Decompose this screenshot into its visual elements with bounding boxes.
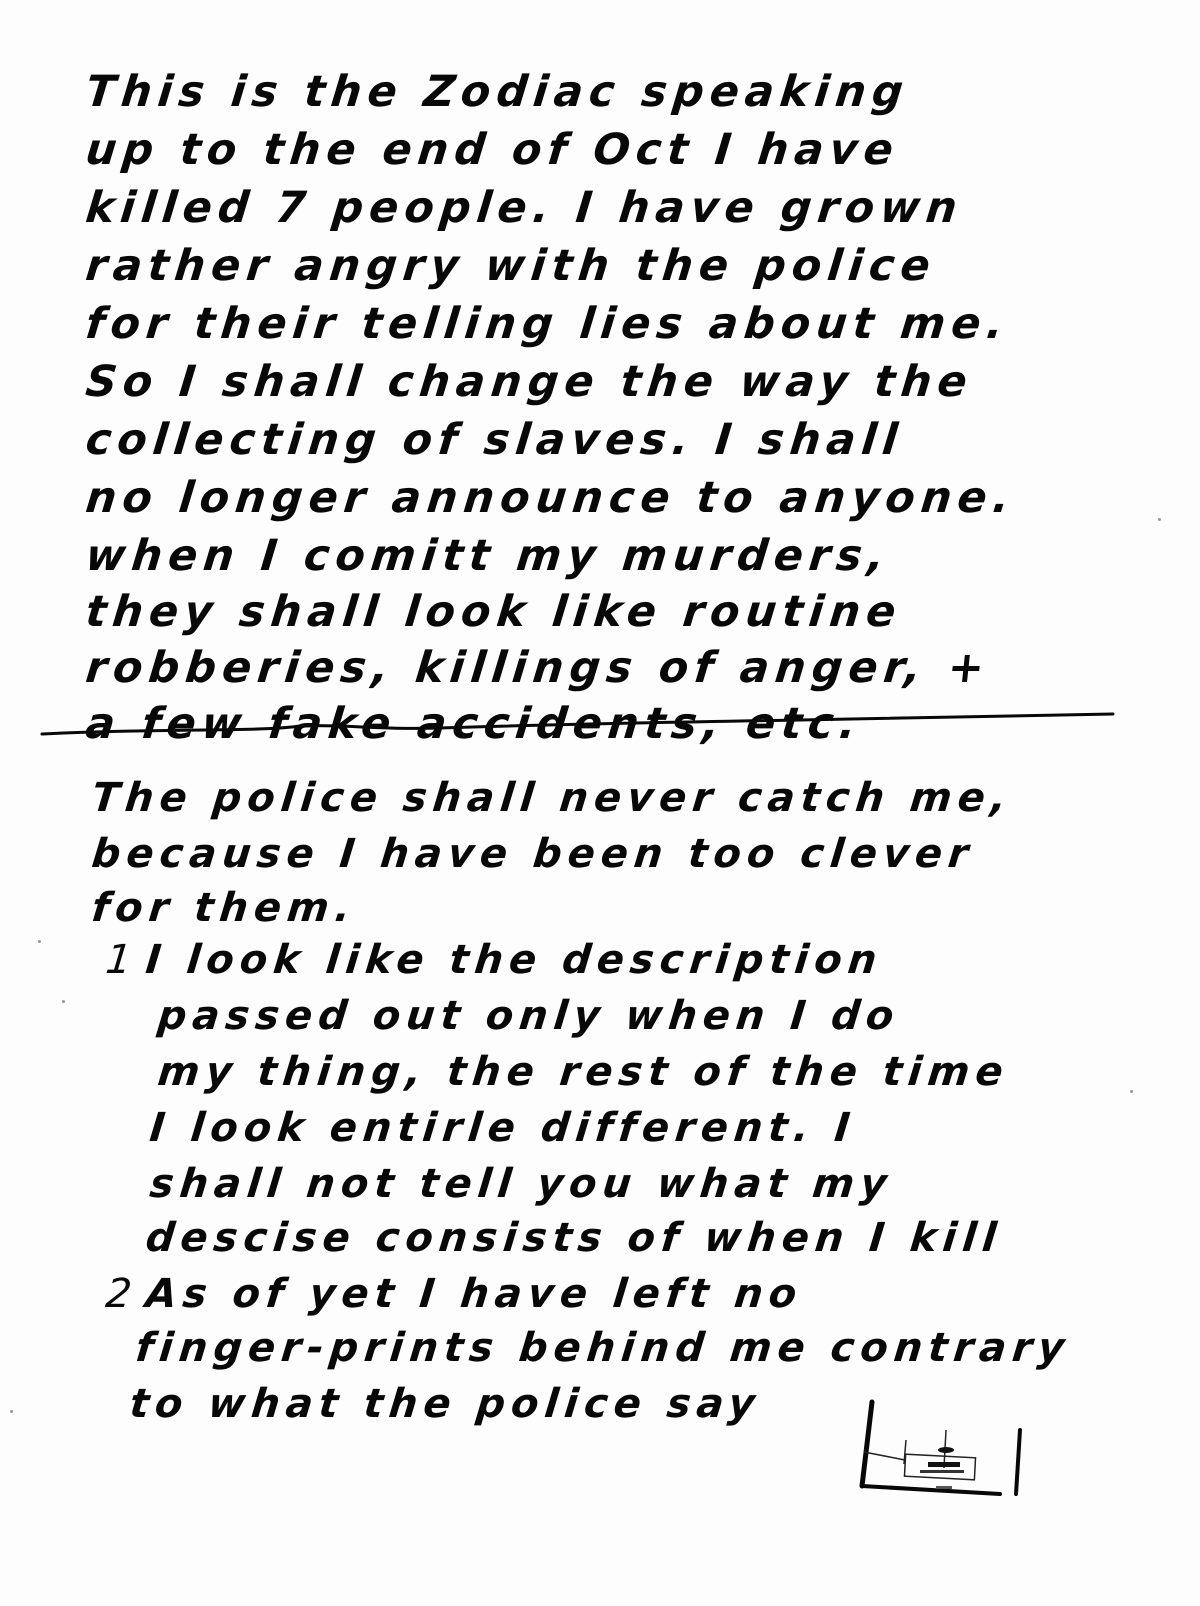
text-line: they shall look like routine (83, 582, 905, 642)
text-line: So I shall change the way the (83, 352, 976, 412)
text-line: I look entirle different. I (147, 1100, 859, 1156)
text-line: killed 7 people. I have grown (83, 178, 966, 238)
text-line: robberies, killings of anger, + (83, 638, 993, 698)
list-item-1: 1I look like the description (103, 932, 885, 988)
text-line: collecting of slaves. I shall (83, 410, 906, 470)
paper-speck (1130, 1090, 1133, 1093)
text-line: for them. (89, 880, 359, 936)
paper-speck (62, 1000, 65, 1003)
divider-line (40, 712, 1115, 738)
text-line: my thing, the rest of the time (155, 1044, 1012, 1100)
text-line: The police shall never catch me, (89, 770, 1015, 826)
text-line: because I have been too clever (89, 826, 977, 882)
paper-speck (38, 940, 41, 943)
paper-speck (1158, 518, 1161, 521)
text-line: I look like the description (144, 937, 885, 983)
text-line: to what the police say (127, 1376, 763, 1432)
list-number: 1 (103, 932, 149, 988)
text-line: no longer announce to anyone. (83, 468, 1018, 528)
text-line: rather angry with the police (83, 236, 939, 296)
text-line: shall not tell you what my (147, 1156, 895, 1212)
text-line: up to the end of Oct I have (83, 120, 902, 180)
crosshair-stamp-icon (850, 1390, 1030, 1500)
text-line: when I comitt my murders, (83, 526, 894, 586)
text-line: for their telling lies about me. (83, 294, 1012, 354)
list-item-2: 2As of yet I have left no (103, 1266, 805, 1322)
paper-speck (10, 1410, 13, 1413)
text-line: descise consists of when I kill (143, 1210, 1005, 1266)
letter-page: This is the Zodiac speaking up to the en… (0, 0, 1200, 1606)
text-line: finger-prints behind me contrary (133, 1320, 1073, 1376)
text-line: As of yet I have left no (144, 1271, 805, 1317)
text-line: This is the Zodiac speaking (83, 62, 912, 122)
text-line: passed out only when I do (155, 988, 902, 1044)
list-number: 2 (103, 1266, 149, 1322)
